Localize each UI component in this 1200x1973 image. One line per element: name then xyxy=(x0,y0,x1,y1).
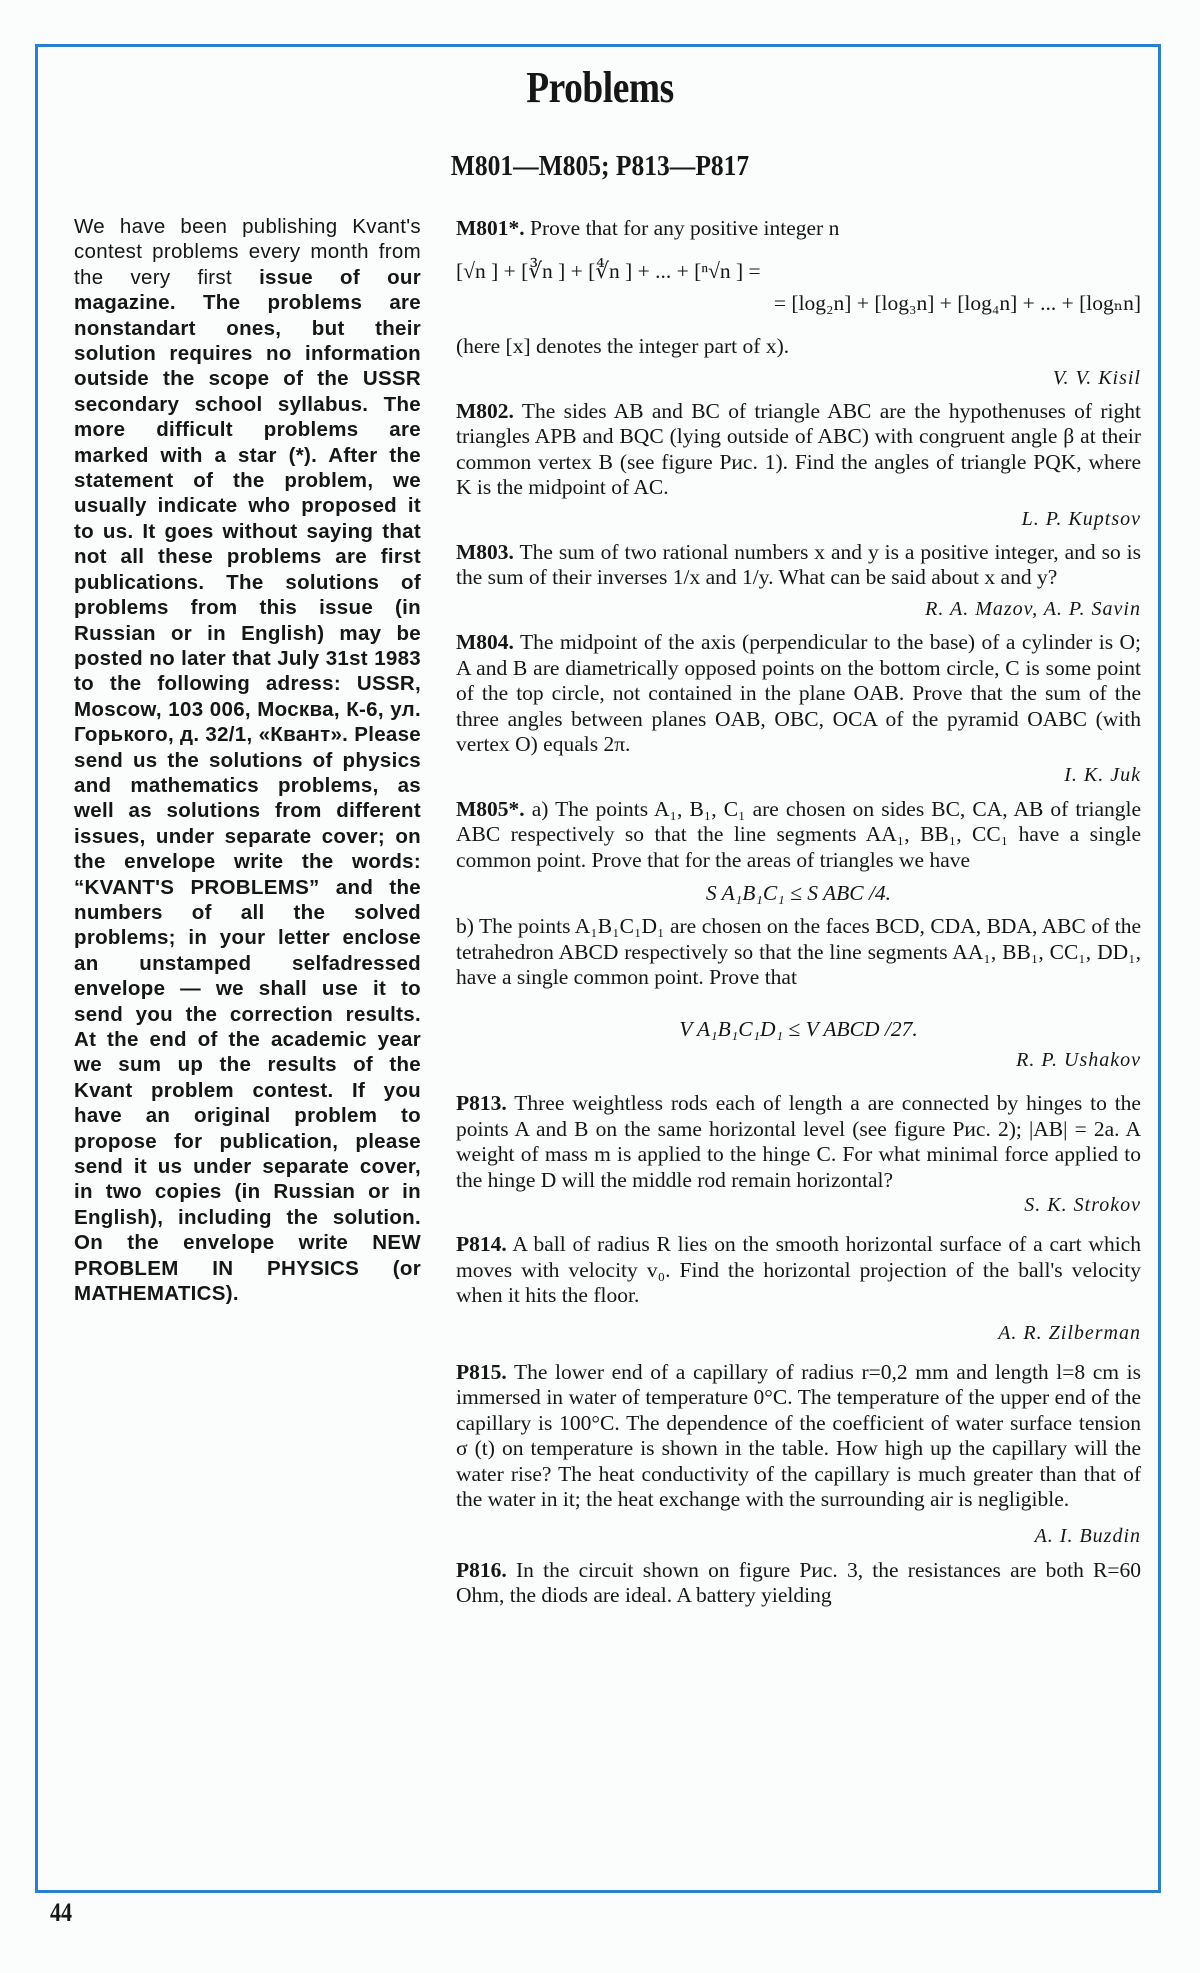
problem-id: M805*. xyxy=(456,797,525,821)
intro-column: We have been publishing Kvant's contest … xyxy=(74,214,421,1306)
formula-line-1: [√n ] + [∛n ] + [∜n ] + ... + [ⁿ√n ] = xyxy=(456,259,1141,284)
problem-id: M801*. xyxy=(456,216,525,240)
problem-p814: P814. A ball of radius R lies on the smo… xyxy=(456,1232,1141,1346)
problem-text: Three weightless rods each of length a a… xyxy=(456,1091,1141,1191)
problem-id: P813. xyxy=(456,1091,507,1115)
formula-line-2: = [log₂n] + [log₃n] + [log₄n] + ... + [l… xyxy=(456,291,1141,316)
intro-text-bold: issue of our magazine. The problems are … xyxy=(74,266,421,1305)
page-subtitle: M801—M805; P813—P817 xyxy=(72,150,1128,183)
problem-text: The sum of two rational numbers x and y … xyxy=(456,540,1141,589)
intro-paragraph: We have been publishing Kvant's contest … xyxy=(74,214,421,1306)
problem-m805: M805*. a) The points A₁, B₁, C₁ are chos… xyxy=(456,797,1141,1074)
problem-text-after: (here [x] denotes the integer part of x)… xyxy=(456,334,1141,359)
formula-area-inequality: S A₁B₁C₁ ≤ S ABC /4. xyxy=(456,881,1141,906)
problem-m804: M804. The midpoint of the axis (perpendi… xyxy=(456,630,1141,788)
problem-p813: P813. Three weightless rods each of leng… xyxy=(456,1091,1141,1218)
problem-author: I. K. Juk xyxy=(456,763,1141,788)
problem-text: The lower end of a capillary of radius r… xyxy=(456,1360,1141,1511)
problem-author: A. R. Zilberman xyxy=(456,1321,1141,1346)
problem-author: V. V. Kisil xyxy=(456,366,1141,391)
problem-m803: M803. The sum of two rational numbers x … xyxy=(456,540,1141,622)
problem-p816: P816. In the circuit shown on figure Рис… xyxy=(456,1558,1141,1609)
page-title: Problems xyxy=(90,62,1110,113)
problem-m801: M801*. Prove that for any positive integ… xyxy=(456,216,1141,391)
formula-volume-inequality: V A₁B₁C₁D₁ ≤ V ABCD /27. xyxy=(456,1017,1141,1042)
problem-text: The sides AB and BC of triangle ABC are … xyxy=(456,399,1141,499)
problem-text: A ball of radius R lies on the smooth ho… xyxy=(456,1232,1141,1307)
problem-text: Prove that for any positive integer n xyxy=(530,216,839,240)
problem-m802: M802. The sides AB and BC of triangle AB… xyxy=(456,399,1141,532)
problem-id: M804. xyxy=(456,630,514,654)
problem-text: a) The points A₁, B₁, C₁ are chosen on s… xyxy=(456,797,1141,872)
problems-column: M801*. Prove that for any positive integ… xyxy=(456,216,1141,1609)
problem-id: P816. xyxy=(456,1558,507,1582)
problem-author: R. A. Mazov, A. P. Savin xyxy=(456,597,1141,622)
problem-author: A. I. Buzdin xyxy=(456,1524,1141,1549)
problem-id: P814. xyxy=(456,1232,507,1256)
problem-text: In the circuit shown on figure Рис. 3, t… xyxy=(456,1558,1141,1607)
problem-author: S. K. Strokov xyxy=(456,1193,1141,1218)
problem-p815: P815. The lower end of a capillary of ra… xyxy=(456,1360,1141,1550)
problem-author: L. P. Kuptsov xyxy=(456,507,1141,532)
problem-text: The midpoint of the axis (perpendicular … xyxy=(456,630,1141,756)
problem-id: M803. xyxy=(456,540,514,564)
problem-text-part-b: b) The points A₁B₁C₁D₁ are chosen on the… xyxy=(456,914,1141,990)
problem-id: P815. xyxy=(456,1360,507,1384)
problem-id: M802. xyxy=(456,399,514,423)
page-number: 44 xyxy=(50,1898,72,1928)
problem-author: R. P. Ushakov xyxy=(456,1048,1141,1073)
